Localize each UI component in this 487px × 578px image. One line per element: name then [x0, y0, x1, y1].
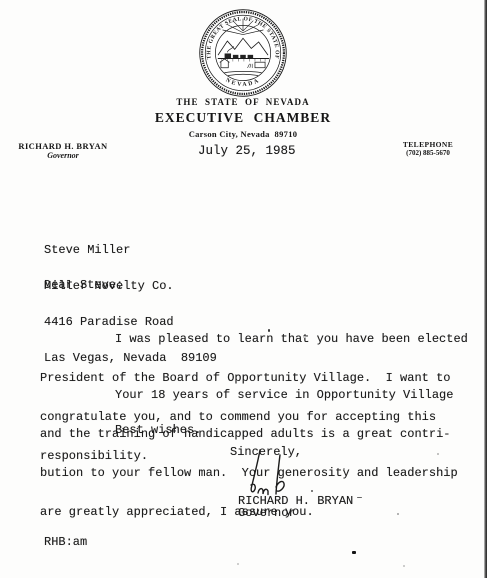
body-line: I was pleased to learn that you have bee…: [40, 333, 468, 346]
telephone-number: (702) 885-5670: [392, 149, 464, 157]
scan-speck: [417, 472, 419, 474]
state-line: THE STATE OF NEVADA: [143, 97, 343, 107]
scan-speck: [357, 497, 362, 498]
closing-line: Best wishes.: [115, 424, 201, 437]
body-line: and the training of handicapped adults i…: [40, 428, 458, 441]
official-block: RICHARD H. BRYAN Governor: [8, 141, 118, 160]
scan-speck: [397, 513, 399, 515]
letter-page: THE GREAT SEAL OF THE STATE OF NEVADA TH…: [0, 0, 487, 578]
reference-initials: RHB:am: [44, 536, 87, 549]
recipient-line: Steve Miller: [44, 244, 217, 256]
contact-block: TELEPHONE (702) 885-5670: [392, 140, 464, 157]
city-line: Carson City, Nevada 89710: [143, 129, 343, 139]
scan-speck: [343, 468, 345, 470]
official-name: RICHARD H. BRYAN: [8, 141, 118, 151]
signature-title: Governor: [238, 507, 296, 520]
scan-speck: [311, 490, 313, 492]
scan-speck: [237, 563, 239, 565]
scan-speck: [303, 336, 306, 338]
date-line: July 25, 1985: [198, 145, 296, 158]
telephone-label: TELEPHONE: [392, 140, 464, 149]
scan-speck: [437, 453, 439, 455]
salutation: Dear Steve:: [44, 279, 123, 292]
scan-speck: [403, 565, 405, 567]
scan-speck: [352, 551, 356, 554]
scan-speck: [268, 329, 270, 332]
body-line: Your 18 years of service in Opportunity …: [40, 389, 458, 402]
nevada-state-seal: THE GREAT SEAL OF THE STATE OF NEVADA: [197, 7, 289, 99]
official-title: Governor: [8, 151, 118, 160]
chamber-line: EXECUTIVE CHAMBER: [123, 110, 363, 126]
